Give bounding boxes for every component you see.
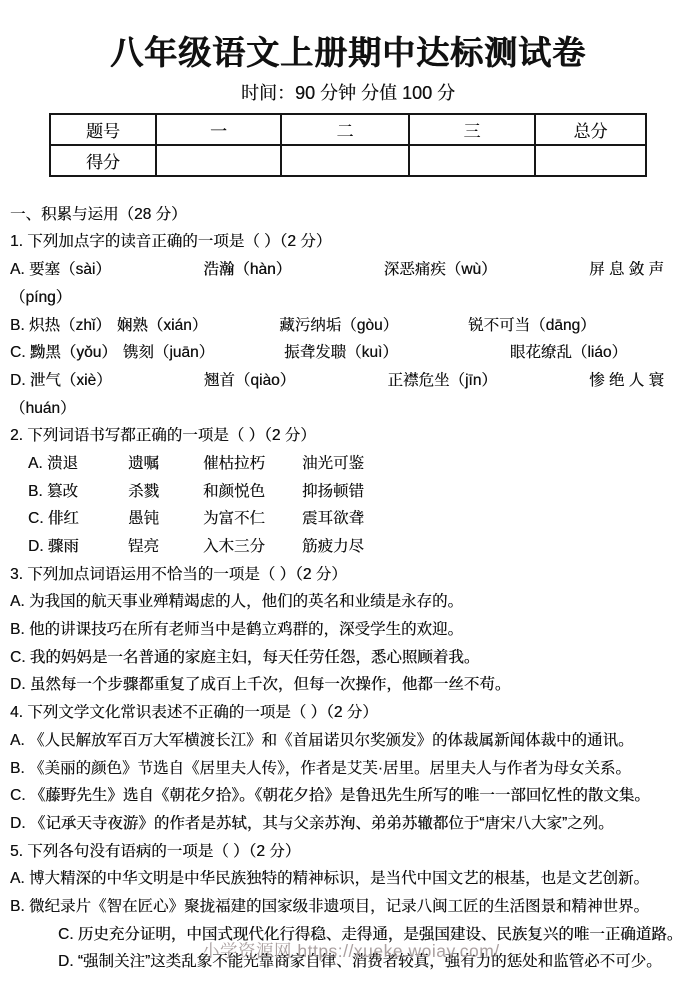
score-table-header-row: 题号 一 二 三 总分 — [50, 114, 646, 145]
q1-b-word-3: 藏污纳垢（gòu） — [279, 313, 398, 335]
q1-stem: 1. 下列加点字的读音正确的一项是（ ）（2 分） — [10, 227, 686, 255]
q1-a-word-4: 屏 息 敛 声 — [589, 257, 664, 279]
q3-option-c: C. 我的妈妈是一名普通的家庭主妇，每天任劳任怨，悉心照顾着我。 — [10, 642, 686, 670]
score-table-score-row: 得分 — [50, 145, 646, 176]
score-table-cell-score-label: 得分 — [50, 145, 156, 176]
exam-body: 一、积累与运用（28 分） 1. 下列加点字的读音正确的一项是（ ）（2 分） … — [0, 199, 696, 974]
q1-b-word-4: 锐不可当（dāng） — [468, 313, 595, 335]
q2-c-word-2: 愚钝 — [128, 506, 203, 528]
q1-c-word-2: 镌刻（juān） — [123, 340, 214, 362]
q4-option-d: D. 《记承天寺夜游》的作者是苏轼，其与父亲苏洵、弟弟苏辙都位于“唐宋八大家”之… — [10, 808, 686, 836]
q1-d-word-4: 惨 绝 人 寰 — [589, 368, 664, 390]
page-title: 八年级语文上册期中达标测试卷 — [0, 34, 696, 72]
score-table-empty-cell-one — [156, 145, 281, 176]
q3-option-b: B. 他的讲课技巧在所有老师当中是鹤立鸡群的，深受学生的欢迎。 — [10, 614, 686, 642]
exam-meta: 时间：90 分钟 分值 100 分 — [0, 79, 696, 105]
q2-d-word-1: D. 骤雨 — [28, 534, 128, 556]
q2-d-word-4: 筋疲力尽 — [302, 534, 686, 556]
q2-a-word-4: 油光可鉴 — [302, 451, 686, 473]
q2-c-word-4: 震耳欲聋 — [302, 506, 686, 528]
watermark: 小学资源网 https://xueke.woiay.com/ — [202, 938, 500, 963]
q2-a-word-1: A. 溃退 — [28, 451, 128, 473]
exam-paper-page: 八年级语文上册期中达标测试卷 时间：90 分钟 分值 100 分 题号 一 二 … — [0, 0, 696, 984]
q2-b-word-4: 抑扬顿错 — [302, 479, 686, 501]
q2-b-word-2: 杀戮 — [128, 479, 203, 501]
score-table-cell-section-two: 二 — [281, 114, 409, 145]
q2-c-word-1: C. 俳红 — [28, 506, 128, 528]
q1-c-word-3: 振聋发聩（kuì） — [284, 340, 398, 362]
score-table-empty-cell-total — [535, 145, 646, 176]
q1-option-d-wrap: （huán） — [10, 393, 686, 421]
q1-d-word-2: 翘首（qiào） — [204, 368, 295, 390]
q1-c-word-1: C. 黝黑（yǒu） — [10, 340, 117, 362]
q4-option-c: C. 《藤野先生》选自《朝花夕拾》。《朝花夕拾》是鲁迅先生所写的唯一一部回忆性的… — [10, 780, 686, 808]
q1-a-word-2: 浩瀚（hàn） — [203, 257, 291, 279]
q2-c-word-3: 为富不仁 — [203, 506, 302, 528]
q1-option-a: A. 要塞（sài） 浩瀚（hàn） 深恶痛疾（wù） 屏 息 敛 声 — [10, 254, 686, 282]
q1-b-word-2: 娴熟（xián） — [117, 313, 207, 335]
score-table-empty-cell-three — [409, 145, 535, 176]
q1-d-word-3: 正襟危坐（jīn） — [387, 368, 496, 390]
q2-a-word-3: 催枯拉朽 — [203, 451, 302, 473]
q3-option-d: D. 虽然每一个步骤都重复了成百上千次，但每一次操作，他都一丝不苟。 — [10, 670, 686, 698]
q2-option-a: A. 溃退 遗嘱 催枯拉朽 油光可鉴 — [28, 448, 686, 476]
q2-option-d: D. 骤雨 锃亮 入木三分 筋疲力尽 — [28, 531, 686, 559]
score-table-cell-section-three: 三 — [409, 114, 535, 145]
q4-stem: 4. 下列文学文化常识表述不正确的一项是（ ）（2 分） — [10, 697, 686, 725]
section-one-heading: 一、积累与运用（28 分） — [10, 199, 686, 227]
q2-b-word-3: 和颜悦色 — [203, 479, 302, 501]
q2-d-word-2: 锃亮 — [128, 534, 203, 556]
q5-stem: 5. 下列各句没有语病的一项是（ ）（2 分） — [10, 836, 686, 864]
q1-b-word-1: B. 炽热（zhǐ） — [10, 313, 111, 335]
q2-option-b: B. 篡改 杀戮 和颜悦色 抑扬顿错 — [28, 476, 686, 504]
q1-c-word-4: 眼花缭乱（liáo） — [510, 340, 627, 362]
q1-a-word-1: A. 要塞（sài） — [10, 257, 111, 279]
score-table-cell-question-number: 题号 — [50, 114, 156, 145]
q2-stem: 2. 下列词语书写都正确的一项是（ ）（2 分） — [10, 420, 686, 448]
q5-option-a: A. 博大精深的中华文明是中华民族独特的精神标识，是当代中国文艺的根基，也是文艺… — [10, 863, 686, 891]
q3-stem: 3. 下列加点词语运用不恰当的一项是（ ）（2 分） — [10, 559, 686, 587]
q1-d-word-1: D. 泄气（xiè） — [10, 368, 112, 390]
score-table-cell-section-one: 一 — [156, 114, 281, 145]
score-table: 题号 一 二 三 总分 得分 — [49, 113, 647, 177]
q3-option-a: A. 为我国的航天事业殚精竭虑的人，他们的英名和业绩是永存的。 — [10, 587, 686, 615]
q5-option-b: B. 微纪录片《智在匠心》聚拢福建的国家级非遗项目，记录八闽工匠的生活图景和精神… — [10, 891, 686, 919]
q2-option-c: C. 俳红 愚钝 为富不仁 震耳欲聋 — [28, 504, 686, 532]
score-table-cell-total: 总分 — [535, 114, 646, 145]
q1-a-word-3: 深恶痛疾（wù） — [384, 257, 497, 279]
q1-option-b: B. 炽热（zhǐ） 娴熟（xián） 藏污纳垢（gòu） 锐不可当（dāng） — [10, 310, 686, 338]
q2-b-word-1: B. 篡改 — [28, 479, 128, 501]
q4-option-a: A. 《人民解放军百万大军横渡长江》和《首届诺贝尔奖颁发》的体裁属新闻体裁中的通… — [10, 725, 686, 753]
q2-d-word-3: 入木三分 — [203, 534, 302, 556]
q4-option-b: B. 《美丽的颜色》节选自《居里夫人传》，作者是艾芙·居里。居里夫人与作者为母女… — [10, 753, 686, 781]
q1-option-d: D. 泄气（xiè） 翘首（qiào） 正襟危坐（jīn） 惨 绝 人 寰 — [10, 365, 686, 393]
q1-option-a-wrap: （píng） — [10, 282, 686, 310]
q2-a-word-2: 遗嘱 — [128, 451, 203, 473]
q1-option-c: C. 黝黑（yǒu） 镌刻（juān） 振聋发聩（kuì） 眼花缭乱（liáo） — [10, 337, 686, 365]
score-table-empty-cell-two — [281, 145, 409, 176]
